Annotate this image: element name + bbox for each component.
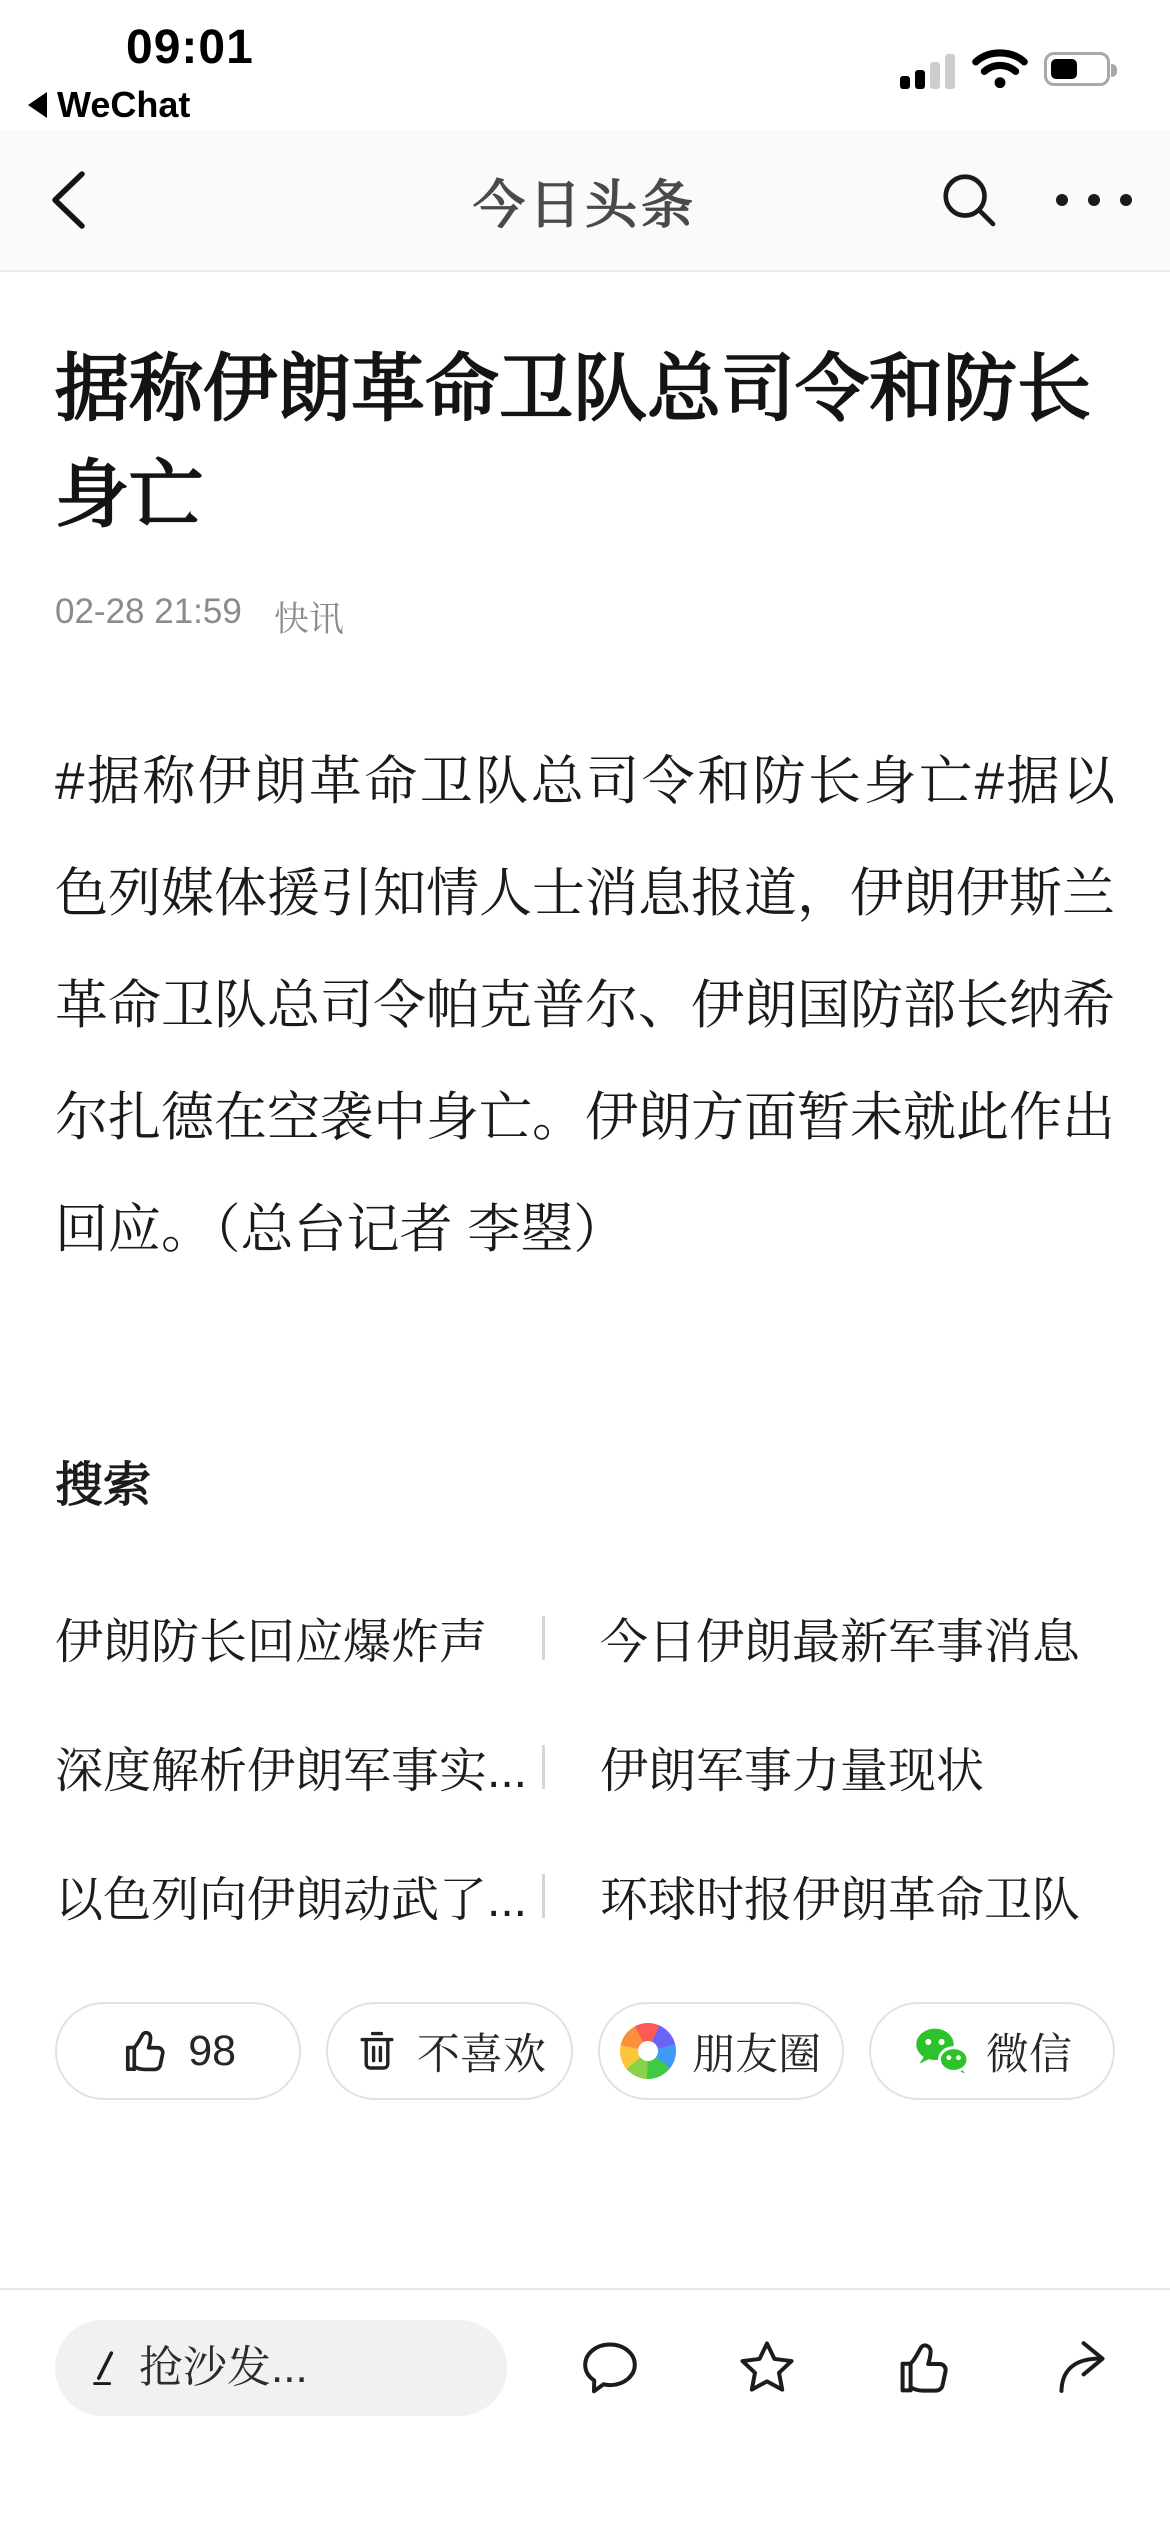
back-to-app-label: WeChat (57, 84, 190, 126)
article-meta: 02-28 21:59 快讯 (55, 592, 1115, 642)
search-icon (938, 169, 1000, 231)
comment-bubble-icon (578, 2336, 642, 2400)
bottom-bar (0, 2288, 1170, 2532)
status-time: 09:01 (126, 20, 254, 75)
pencil-icon (83, 2347, 125, 2389)
wechat-icon (912, 2022, 970, 2080)
status-bar: 09:01 WeChat (0, 0, 1170, 130)
back-button[interactable] (46, 165, 106, 235)
thumbs-up-button[interactable] (892, 2335, 958, 2401)
column-divider (542, 1616, 545, 1660)
trash-icon (353, 2027, 401, 2075)
battery-icon (1044, 52, 1110, 86)
comment-input-pill[interactable] (55, 2320, 507, 2416)
favorite-button[interactable] (734, 2335, 800, 2401)
action-bar: 98 不喜欢 朋友圈 (55, 2002, 1115, 2100)
back-to-app-link[interactable]: WeChat (28, 84, 190, 126)
search-row: 伊朗防长回应爆炸声 今日伊朗最新军事消息 (55, 1603, 1115, 1672)
share-arrow-icon (1050, 2336, 1114, 2400)
like-count: 98 (188, 2027, 236, 2076)
article: 据称伊朗革命卫队总司令和防长身亡 02-28 21:59 快讯 #据称伊朗革命卫… (55, 272, 1115, 1930)
wechat-moments-icon (620, 2023, 676, 2079)
column-divider (542, 1874, 545, 1918)
share-button[interactable] (1049, 2335, 1115, 2401)
search-suggestion[interactable]: 以色列向伊朗动武了... (55, 1861, 542, 1930)
share-moments-button[interactable]: 朋友圈 (598, 2002, 844, 2100)
search-suggestion[interactable]: 伊朗防长回应爆炸声 (55, 1603, 542, 1672)
thumbs-up-icon (893, 2336, 957, 2400)
article-body: #据称伊朗革命卫队总司令和防长身亡#据以色列媒体援引知情人士消息报道，伊朗伊斯兰… (55, 726, 1115, 1286)
status-icons (900, 48, 1110, 90)
comment-input[interactable] (139, 2343, 479, 2393)
dislike-button[interactable]: 不喜欢 (326, 2002, 572, 2100)
nav-bar: 今日头条 (0, 130, 1170, 272)
search-suggestion[interactable]: 深度解析伊朗军事实... (55, 1732, 542, 1801)
comment-button[interactable] (577, 2335, 643, 2401)
screen: 09:01 WeChat (0, 0, 1170, 2532)
article-title: 据称伊朗革命卫队总司令和防长身亡 (55, 336, 1115, 548)
more-button[interactable] (1056, 194, 1132, 206)
search-row: 以色列向伊朗动武了... 环球时报伊朗革命卫队 (55, 1861, 1115, 1930)
thumbs-up-icon (120, 2025, 172, 2077)
search-button[interactable] (938, 169, 1000, 231)
column-divider (542, 1745, 545, 1789)
share-wechat-button[interactable]: 微信 (869, 2002, 1115, 2100)
search-suggestion[interactable]: 伊朗军事力量现状 (600, 1732, 984, 1801)
bottom-actions (577, 2335, 1115, 2401)
search-section: 搜索 伊朗防长回应爆炸声 今日伊朗最新军事消息 深度解析伊朗军事实... 伊朗军… (55, 1446, 1115, 1930)
search-row: 深度解析伊朗军事实... 伊朗军事力量现状 (55, 1732, 1115, 1801)
star-icon (735, 2336, 799, 2400)
moments-label: 朋友圈 (692, 2021, 821, 2082)
dislike-label: 不喜欢 (417, 2021, 546, 2082)
more-icon (1056, 194, 1132, 206)
article-tag: 快讯 (274, 592, 344, 642)
search-heading: 搜索 (55, 1446, 1115, 1515)
article-date: 02-28 21:59 (55, 592, 242, 642)
like-button[interactable]: 98 (55, 2002, 301, 2100)
nav-actions (938, 169, 1132, 231)
search-suggestion[interactable]: 今日伊朗最新军事消息 (600, 1603, 1080, 1672)
cellular-signal-icon (900, 49, 956, 89)
wechat-label: 微信 (986, 2021, 1072, 2082)
wifi-icon (972, 48, 1028, 90)
chevron-left-icon (46, 169, 90, 231)
search-suggestion[interactable]: 环球时报伊朗革命卫队 (600, 1861, 1080, 1930)
back-to-app-triangle-icon (28, 92, 47, 118)
